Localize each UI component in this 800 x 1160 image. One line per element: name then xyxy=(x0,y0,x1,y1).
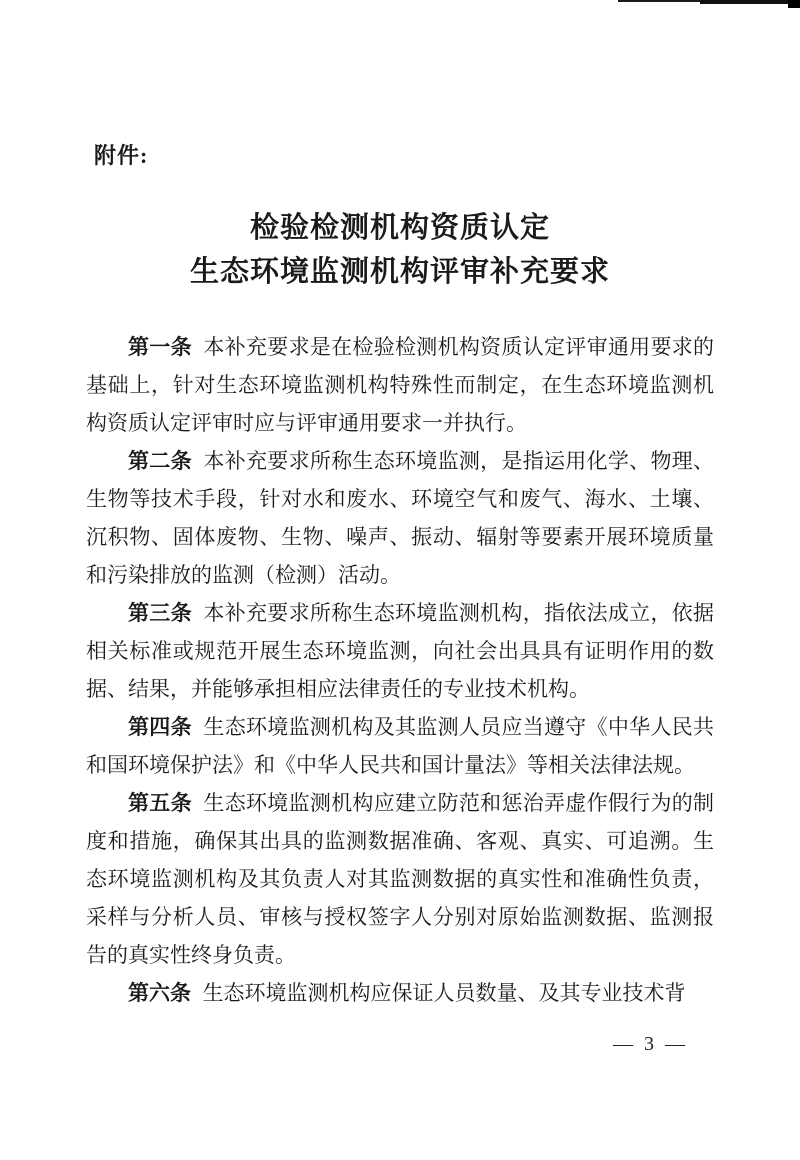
article-6-text: 生态环境监测机构应保证人员数量、及其专业技术背 xyxy=(203,981,686,1005)
scan-artifact-blob xyxy=(788,0,800,8)
document-title-line-2: 生态环境监测机构评审补充要求 xyxy=(85,250,715,294)
document-title: 检验检测机构资质认定 生态环境监测机构评审补充要求 xyxy=(85,206,715,294)
article-3-label: 第三条 xyxy=(128,601,192,625)
scanned-document-page: 附件: 检验检测机构资质认定 生态环境监测机构评审补充要求 第一条本补充要求是在… xyxy=(0,0,800,1160)
article-paragraph-5: 第五条生态环境监测机构应建立防范和惩治弄虚作假行为的制度和措施，确保其出具的监测… xyxy=(86,784,714,974)
article-5-label: 第五条 xyxy=(128,791,192,815)
article-4-label: 第四条 xyxy=(128,715,192,739)
document-title-line-1: 检验检测机构资质认定 xyxy=(85,206,715,250)
article-paragraph-3: 第三条本补充要求所称生态环境监测机构，指依法成立，依据相关标准或规范开展生态环境… xyxy=(86,594,714,708)
article-1-label: 第一条 xyxy=(128,335,192,359)
article-2-label: 第二条 xyxy=(128,449,192,473)
article-6-label: 第六条 xyxy=(128,981,191,1005)
scan-artifact-line-thick xyxy=(700,0,800,4)
document-body: 第一条本补充要求是在检验检测机构资质认定评审通用要求的基础上，针对生态环境监测机… xyxy=(86,328,714,1012)
article-paragraph-1: 第一条本补充要求是在检验检测机构资质认定评审通用要求的基础上，针对生态环境监测机… xyxy=(86,328,714,442)
page-number: — 3 — xyxy=(613,1033,688,1056)
article-paragraph-4: 第四条生态环境监测机构及其监测人员应当遵守《中华人民共和国环境保护法》和《中华人… xyxy=(86,708,714,784)
article-paragraph-6: 第六条生态环境监测机构应保证人员数量、及其专业技术背 xyxy=(86,974,714,1012)
attachment-label: 附件: xyxy=(94,139,148,170)
article-5-text: 生态环境监测机构应建立防范和惩治弄虚作假行为的制度和措施，确保其出具的监测数据准… xyxy=(86,791,714,967)
article-paragraph-2: 第二条本补充要求所称生态环境监测，是指运用化学、物理、生物等技术手段，针对水和废… xyxy=(86,442,714,594)
